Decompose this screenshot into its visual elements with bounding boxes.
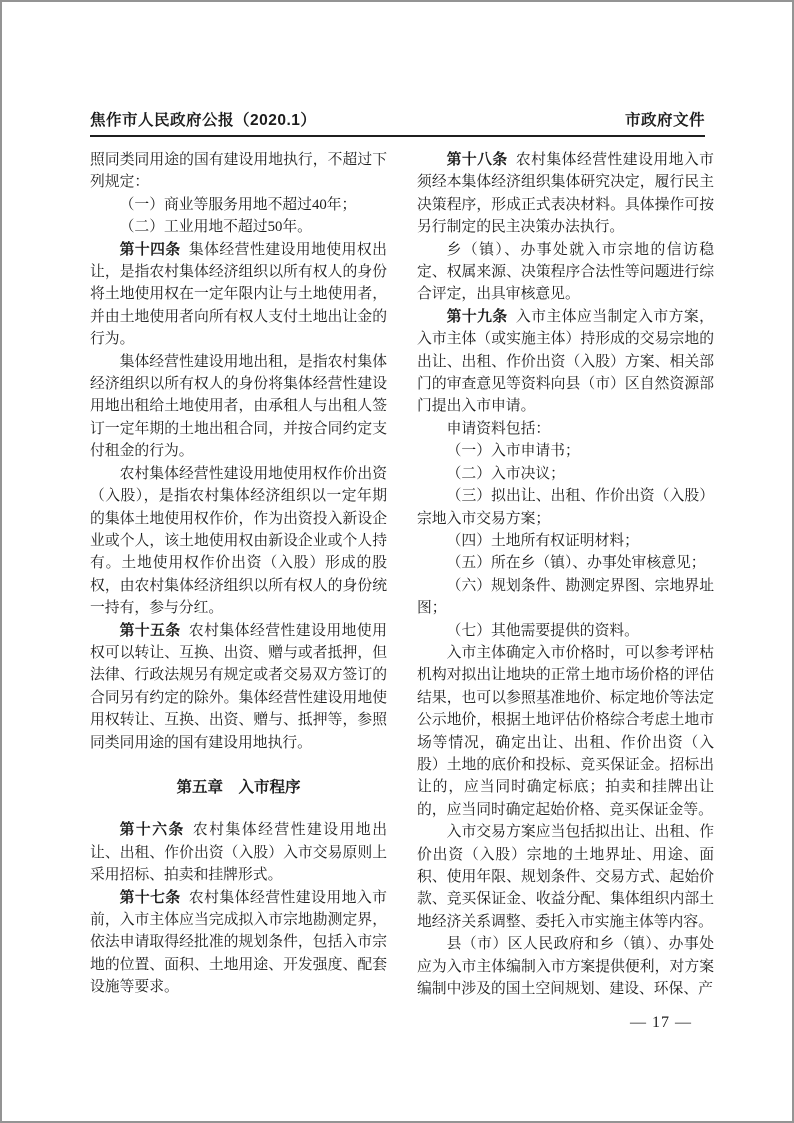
paragraph: 申请资料包括： (417, 418, 714, 440)
article-number: 第十四条 (120, 242, 181, 258)
right-column: 第十八条农村集体经营性建设用地入市须经本集体经济组织集体研究决定，履行民主决策程… (417, 149, 714, 1000)
article-number: 第十五条 (120, 623, 181, 639)
article-number: 第十六条 (120, 822, 185, 838)
paragraph: 农村集体经营性建设用地使用权作价出资（入股），是指农村集体经济组织以一定年期的集… (90, 463, 387, 620)
paragraph: （五）所在乡（镇）、办事处审核意见； (417, 552, 714, 574)
page-header: 焦作市人民政府公报（2020.1） 市政府文件 (90, 108, 705, 137)
paragraph: 第十五条农村集体经营性建设用地使用权可以转让、互换、出资、赠与或者抵押，但法律、… (90, 620, 387, 754)
document-page: 焦作市人民政府公报（2020.1） 市政府文件 照同类同用途的国有建设用地执行，… (0, 0, 794, 1123)
paragraph: 乡（镇）、办事处就入市宗地的信访稳定、权属来源、决策程序合法性等问题进行综合评定… (417, 239, 714, 306)
paragraph: 照同类同用途的国有建设用地执行，不超过下列规定： (90, 149, 387, 194)
paragraph: （六）规划条件、勘测定界图、宗地界址图； (417, 575, 714, 620)
paragraph: 第十九条入市主体应当制定入市方案，入市主体（或实施主体）持形成的交易宗地的出让、… (417, 306, 714, 418)
paragraph: 入市主体确定入市价格时，可以参考评枯机构对拟出让地块的正常土地市场价格的评估结果… (417, 642, 714, 821)
document-body: 照同类同用途的国有建设用地执行，不超过下列规定：（一）商业等服务用地不超过40年… (90, 149, 705, 1000)
left-column: 照同类同用途的国有建设用地执行，不超过下列规定：（一）商业等服务用地不超过40年… (90, 149, 387, 1000)
paragraph: （七）其他需要提供的资料。 (417, 620, 714, 642)
gazette-title: 焦作市人民政府公报（2020.1） (90, 108, 316, 130)
page-number: — 17 — (630, 1014, 692, 1032)
paragraph: （二）工业用地不超过50年。 (90, 216, 387, 238)
paragraph: （三）拟出让、出租、作价出资（入股）宗地入市交易方案； (417, 485, 714, 530)
section-label: 市政府文件 (625, 108, 705, 130)
paragraph: 第十六条农村集体经营性建设用地出让、出租、作价出资（入股）入市交易原则上采用招标… (90, 819, 387, 886)
paragraph: 入市交易方案应当包括拟出让、出租、作价出资（入股）宗地的土地界址、用途、面积、使… (417, 821, 714, 933)
paragraph: （四）土地所有权证明材料； (417, 530, 714, 552)
paragraph: （一）入市申请书； (417, 440, 714, 462)
paragraph: （二）入市决议； (417, 463, 714, 485)
paragraph: （一）商业等服务用地不超过40年； (90, 194, 387, 216)
paragraph: 县（市）区人民政府和乡（镇）、办事处应为入市主体编制入市方案提供便利，对方案编制… (417, 933, 714, 1000)
paragraph: 集体经营性建设用地出租，是指农村集体经济组织以所有权人的身份将集体经营性建设用地… (90, 351, 387, 463)
chapter-heading: 第五章 入市程序 (90, 777, 387, 799)
paragraph: 第十七条农村集体经营性建设用地入市前，入市主体应当完成拟入市宗地勘测定界，依法申… (90, 887, 387, 999)
paragraph: 第十八条农村集体经营性建设用地入市须经本集体经济组织集体研究决定，履行民主决策程… (417, 149, 714, 239)
article-number: 第十九条 (447, 309, 508, 325)
article-number: 第十八条 (447, 152, 508, 168)
paragraph: 第十四条集体经营性建设用地使用权出让，是指农村集体经济组织以所有权人的身份将土地… (90, 239, 387, 351)
article-number: 第十七条 (120, 890, 181, 906)
